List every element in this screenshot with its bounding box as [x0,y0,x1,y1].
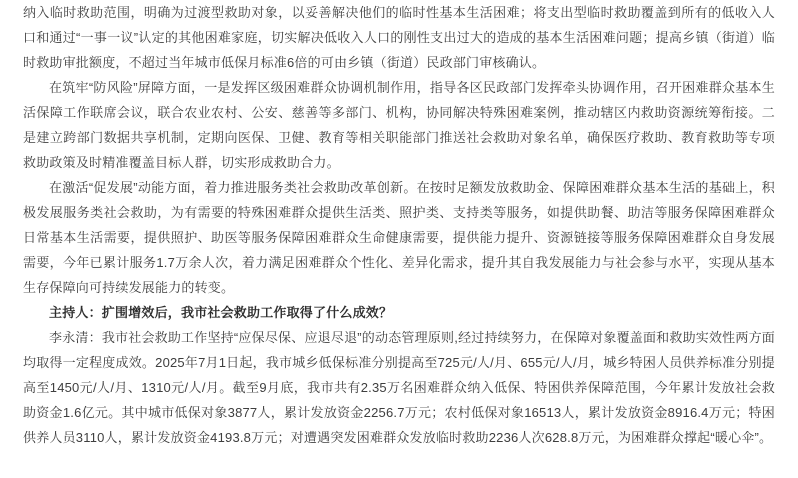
question-paragraph: 主持人：扩围增效后，我市社会救助工作取得了什么成效？ [23,300,775,325]
article-page: 纳入临时救助范围，明确为过渡型救助对象，以妥善解决他们的临时性基本生活困难；将支… [0,0,798,478]
article-paragraph: 纳入临时救助范围，明确为过渡型救助对象，以妥善解决他们的临时性基本生活困难；将支… [23,0,775,75]
article-paragraph: 在激活“促发展”动能方面，着力推进服务类社会救助改革创新。在按时足额发放救助金、… [23,175,775,300]
article-paragraph: 李永清：我市社会救助工作坚持“应保尽保、应退尽退”的动态管理原则,经过持续努力，… [23,325,775,450]
article-body: 纳入临时救助范围，明确为过渡型救助对象，以妥善解决他们的临时性基本生活困难；将支… [0,0,798,478]
article-paragraph: 在筑牢“防风险”屏障方面，一是发挥区级困难群众协调机制作用，指导各区民政部门发挥… [23,75,775,175]
